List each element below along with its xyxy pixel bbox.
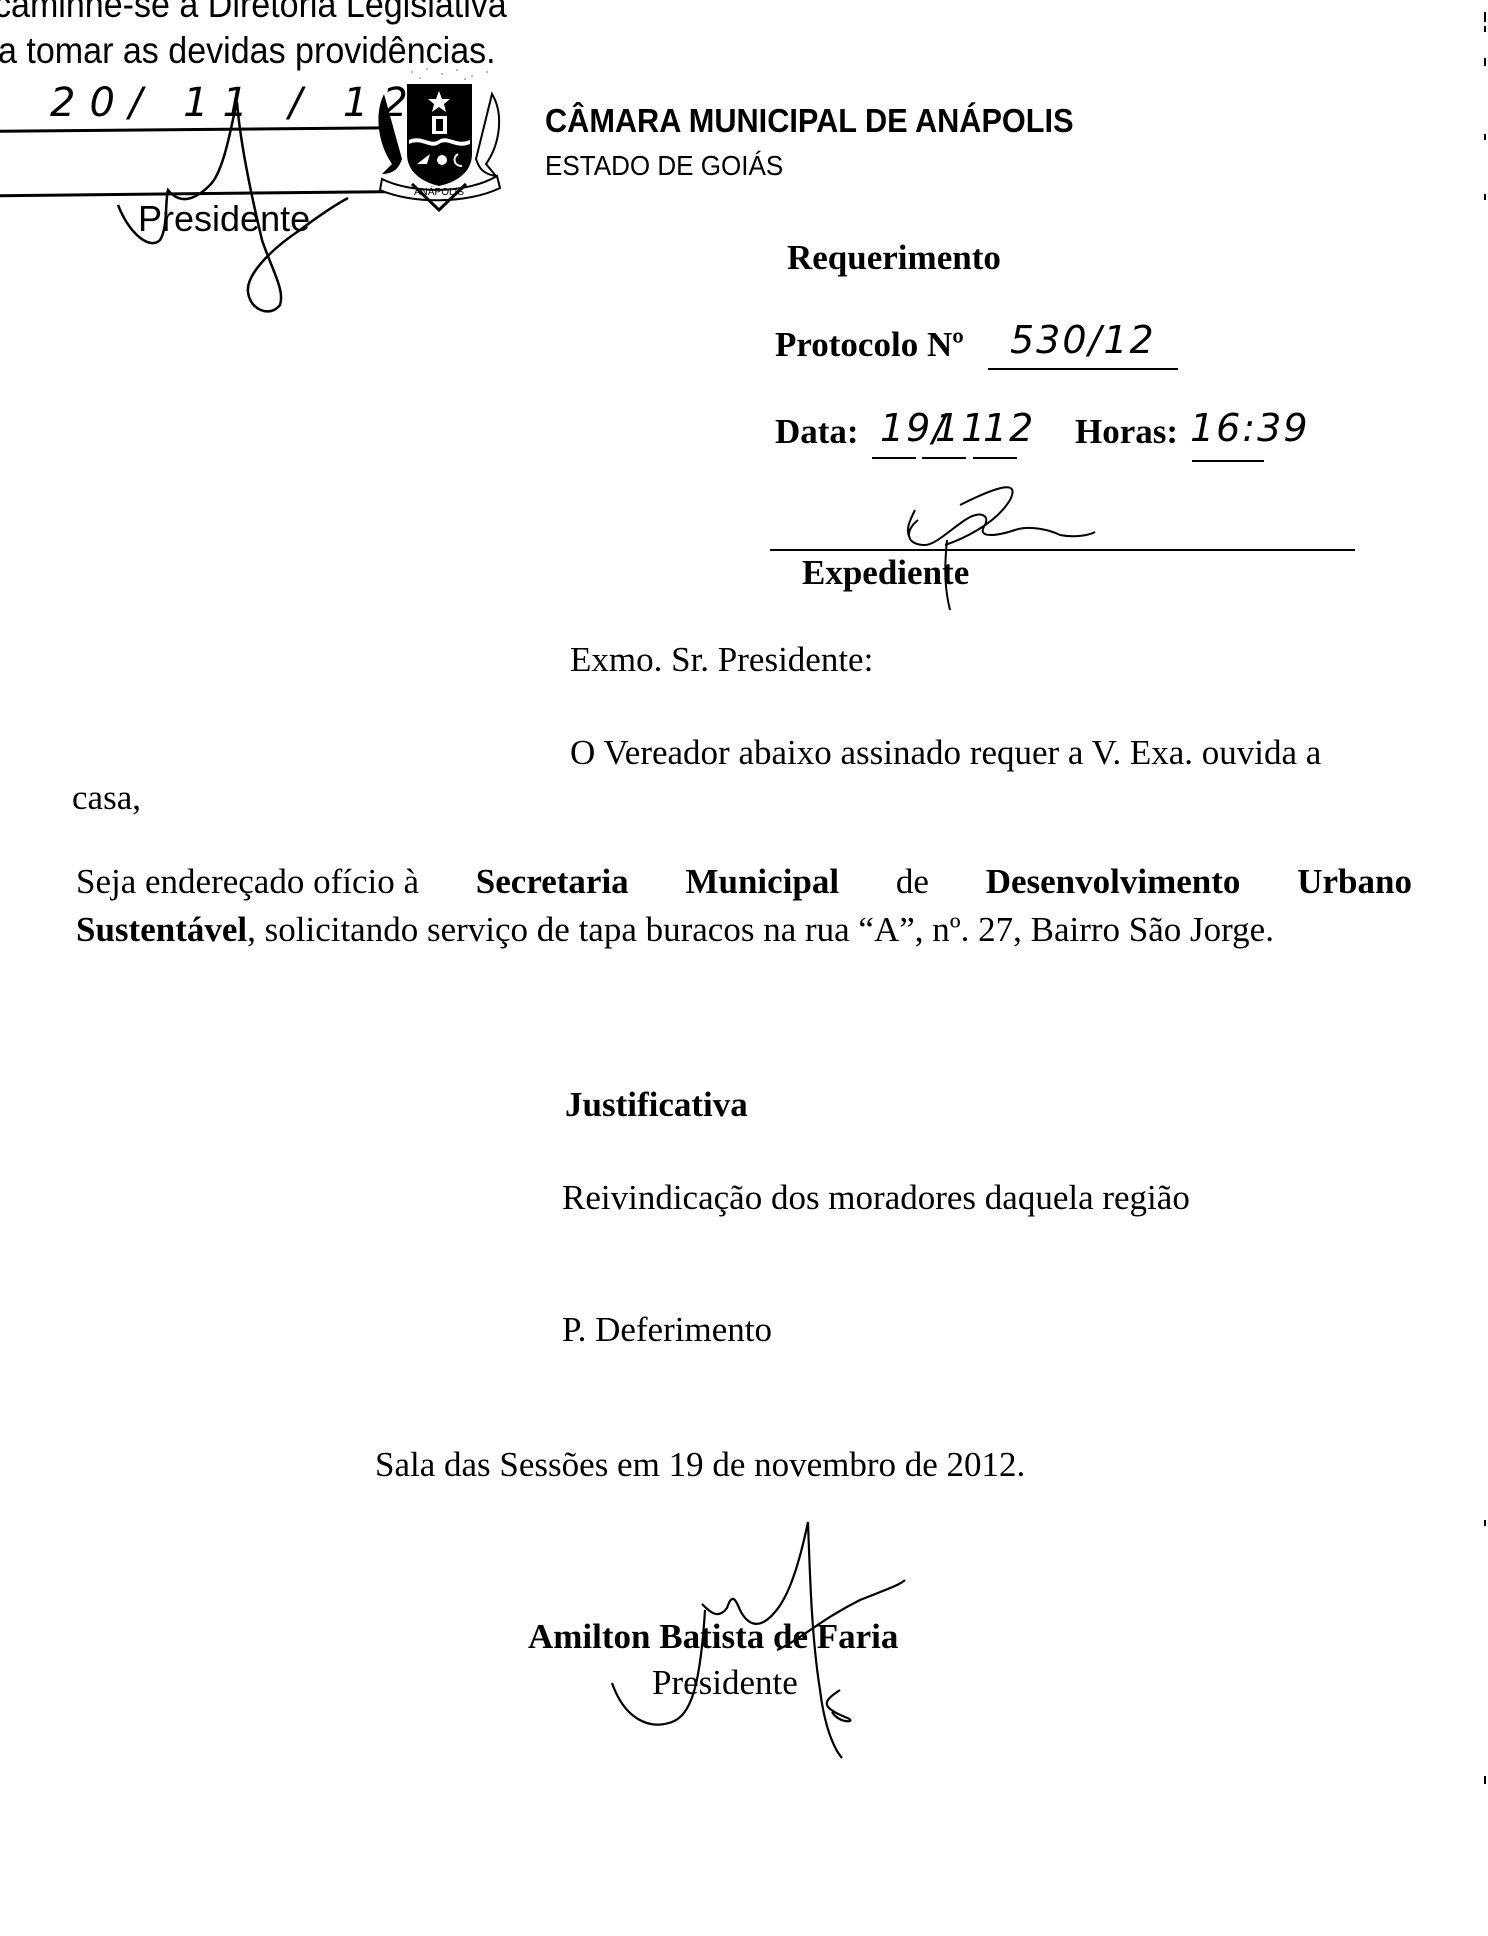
request-bold-word: Secretaria	[476, 862, 629, 902]
request-rest: , solicitando serviço de tapa buracos na…	[247, 910, 1274, 949]
dispatch-stamp-date: 20/ 11 / 12	[50, 80, 422, 126]
request-bold-word: Urbano	[1297, 862, 1412, 902]
letterhead-title: CÂMARA MUNICIPAL DE ANÁPOLIS	[545, 102, 1074, 140]
stamp-signature-rule	[0, 190, 420, 197]
municipal-coat-of-arms-icon: ANÁPOLIS	[372, 64, 507, 212]
justification-heading: Justificativa	[565, 1085, 748, 1125]
letterhead-subtitle: ESTADO DE GOIÁS	[545, 150, 783, 182]
date-year-value: 12	[983, 406, 1035, 450]
request-line-1: Seja endereçado ofício à Secretaria Muni…	[76, 862, 1412, 902]
date-year-line	[973, 457, 1017, 459]
closing-text: P. Deferimento	[562, 1310, 772, 1350]
scan-edge-marks	[1482, 0, 1488, 1936]
hours-label: Horas:	[1075, 412, 1178, 452]
request-word: Seja endereçado ofício à	[76, 862, 419, 902]
hours-fill-line	[1192, 460, 1264, 462]
document-type-heading: Requerimento	[787, 238, 1001, 278]
expediente-signature-rule	[770, 549, 1355, 551]
signatory-name: Amilton Batista de Faria	[528, 1617, 898, 1657]
date-day-line	[872, 457, 916, 459]
request-bold-word: Municipal	[685, 862, 839, 902]
request-bold-word: Sustentável	[76, 910, 247, 949]
signatory-role: Presidente	[652, 1663, 798, 1703]
stamp-date-rule	[0, 126, 392, 132]
intro-line-1: O Vereador abaixo assinado requer a V. E…	[570, 733, 1321, 773]
salutation: Exmo. Sr. Presidente:	[570, 640, 873, 680]
justification-text: Reivindicação dos moradores daquela regi…	[562, 1178, 1190, 1218]
intro-line-2: casa,	[72, 778, 141, 818]
date-month-value: 11	[935, 406, 987, 450]
protocol-value: 530/12	[1010, 318, 1156, 362]
date-month-line	[922, 457, 966, 459]
protocol-label: Protocolo Nº	[775, 325, 964, 365]
dispatch-stamp-role: Presidente	[138, 198, 310, 240]
request-line-2: Sustentável, solicitando serviço de tapa…	[76, 910, 1274, 950]
date-label: Data:	[775, 412, 859, 452]
expediente-label: Expediente	[802, 553, 969, 593]
protocol-fill-line	[988, 368, 1178, 370]
place-date: Sala das Sessões em 19 de novembro de 20…	[375, 1445, 1025, 1485]
request-bold-word: Desenvolvimento	[986, 862, 1241, 902]
dispatch-stamp-line-1: caminhe-se à Diretoria Legislativa	[0, 0, 507, 26]
hours-value: 16:39	[1190, 406, 1310, 450]
request-word: de	[896, 862, 929, 902]
